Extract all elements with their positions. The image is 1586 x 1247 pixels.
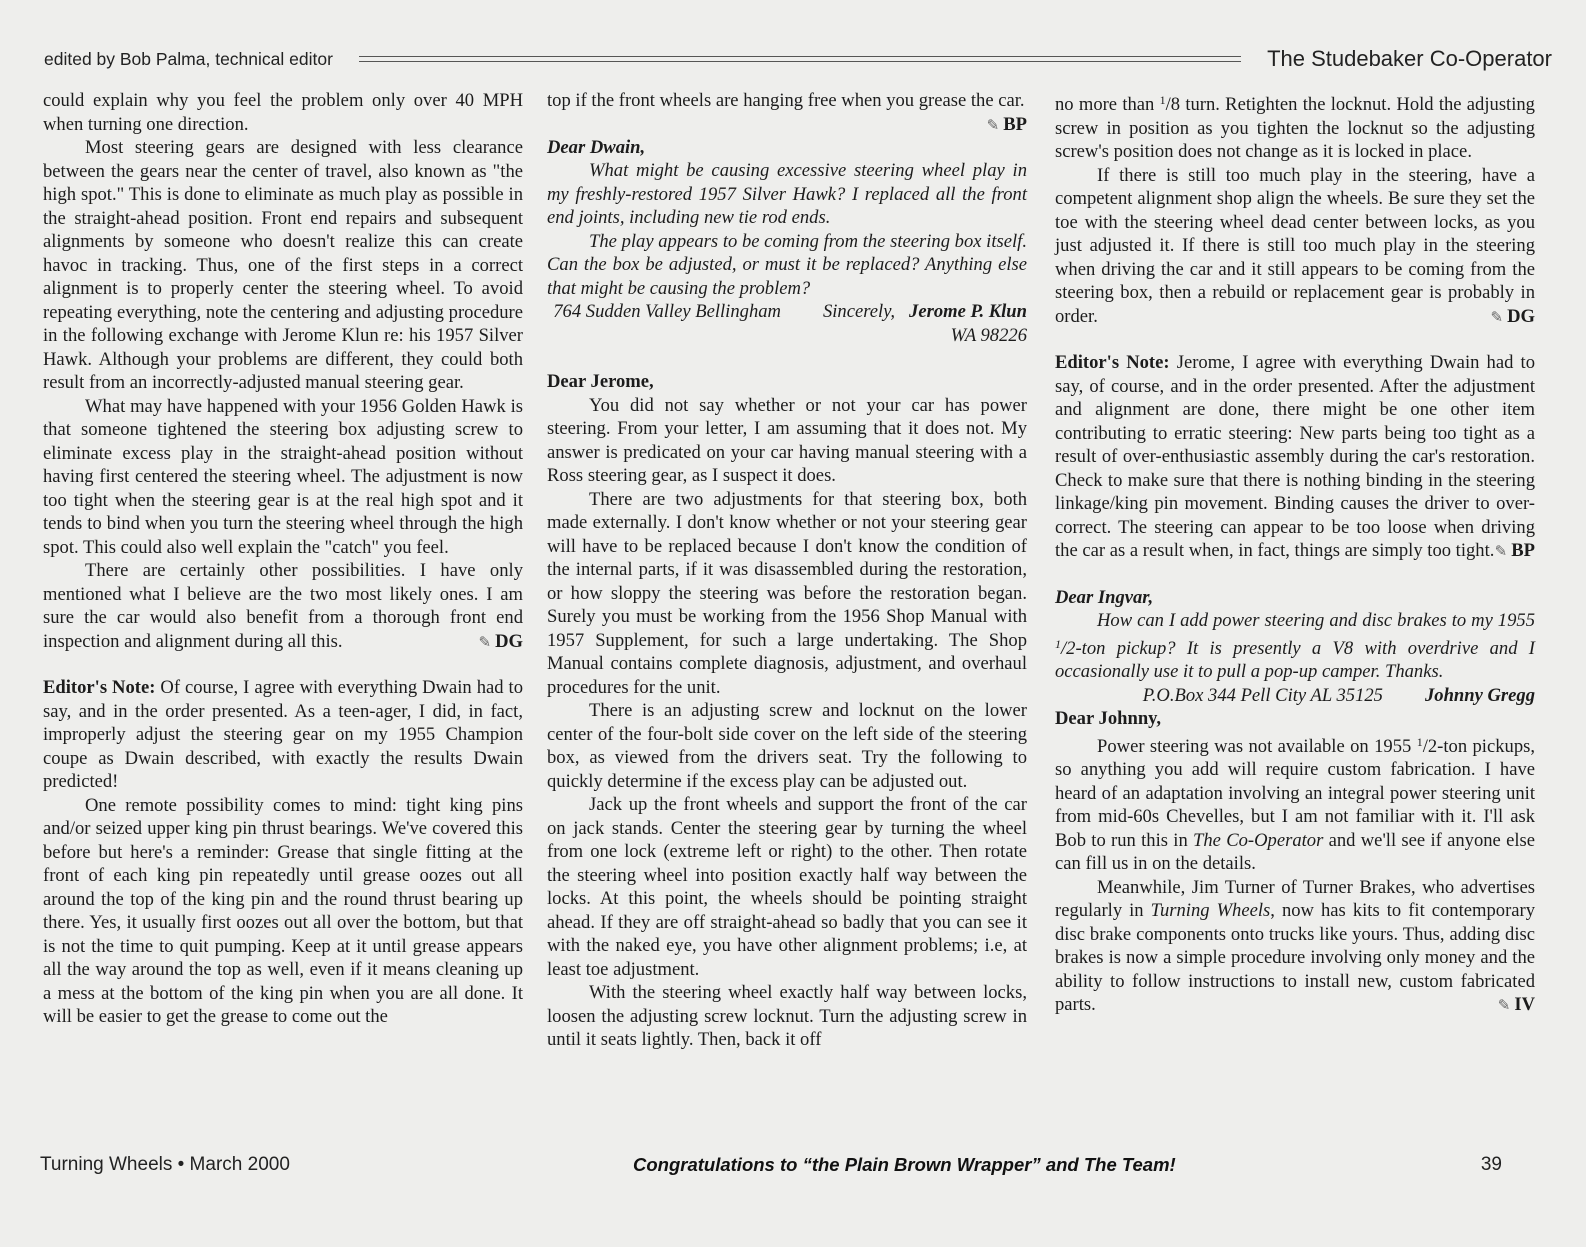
letter-paragraph: What might be causing excessive steering… [547,159,1027,230]
column-1: could explain why you feel the problem o… [43,89,523,1029]
column-2: top if the front wheels are hanging free… [547,89,1027,1052]
pencil-icon: ✎ [1498,998,1511,1014]
paragraph: There are two adjustments for that steer… [547,488,1027,700]
paragraph: What may have happened with your 1956 Go… [43,395,523,560]
footer-banner: Congratulations to “the Plain Brown Wrap… [633,1154,1176,1176]
author-initials: ✎BP [1495,539,1535,565]
paragraph: One remote possibility comes to mind: ti… [43,794,523,1029]
page-footer: Turning Wheels • March 2000 Congratulati… [40,1154,1530,1184]
paragraph: Power steering was not available on 1955… [1055,731,1535,876]
editor-note-label: Editor's Note: [43,677,155,698]
sign-off: Sincerely, [823,301,895,322]
paragraph: With the steering wheel exactly half way… [547,981,1027,1052]
reply-salutation: Dear Jerome, [547,370,1027,394]
paragraph: could explain why you feel the problem o… [43,89,523,136]
author-initials: ✎IV [1456,993,1535,1019]
letter-paragraph: How can I add power steering and disc br… [1055,609,1535,684]
paragraph: Meanwhile, Jim Turner of Turner Brakes, … [1055,876,1535,1017]
pencil-icon: ✎ [1495,544,1508,560]
letter-salutation: Dear Dwain, [547,136,1027,160]
paragraph: Most steering gears are designed with le… [43,136,523,395]
section-title: The Studebaker Co-Operator [1267,46,1552,72]
pencil-icon: ✎ [479,635,492,651]
paragraph: no more than 1/8 turn. Retighten the loc… [1055,89,1535,164]
header-double-rule [359,56,1241,62]
paragraph: You did not say whether or not your car … [547,394,1027,488]
publication-title: Turning Wheels [1151,900,1271,921]
editor-note-label: Editor's Note: [1055,352,1170,373]
publication-issue: Turning Wheels • March 2000 [40,1154,290,1176]
author-initials: ✎DG [437,630,523,656]
signer-name: Johnny Gregg [1383,684,1535,708]
author-initials: ✎DG [1449,305,1535,331]
pencil-icon: ✎ [1491,310,1504,326]
publication-title: The Co-Operator [1193,830,1323,851]
paragraph: If there is still too much play in the s… [1055,164,1535,329]
pencil-icon: ✎ [987,118,1000,134]
editor-note: Editor's Note: Jerome, I agree with ever… [1055,351,1535,563]
paragraph: Jack up the front wheels and support the… [547,793,1027,981]
letter-paragraph: The play appears to be coming from the s… [547,230,1027,301]
page-number: 39 [1481,1154,1502,1176]
page-header: edited by Bob Palma, technical editor Th… [44,44,1552,74]
letter-salutation: Dear Ingvar, [1055,586,1535,610]
column-3: no more than 1/8 turn. Retighten the loc… [1055,89,1535,1019]
editor-note: Editor's Note: Of course, I agree with e… [43,676,523,794]
paragraph: top if the front wheels are hanging free… [547,89,1027,113]
paragraph: There is an adjusting screw and locknut … [547,699,1027,793]
signer-name: Jerome P. Klun [909,301,1027,322]
section-editor-credit: edited by Bob Palma, technical editor [44,49,333,70]
reply-salutation: Dear Johnny, [1055,707,1535,731]
paragraph: There are certainly other possibilities.… [43,559,523,653]
author-initials: ✎BP [987,113,1027,139]
editor-note-text: Jerome, I agree with everything Dwain ha… [1055,352,1535,561]
